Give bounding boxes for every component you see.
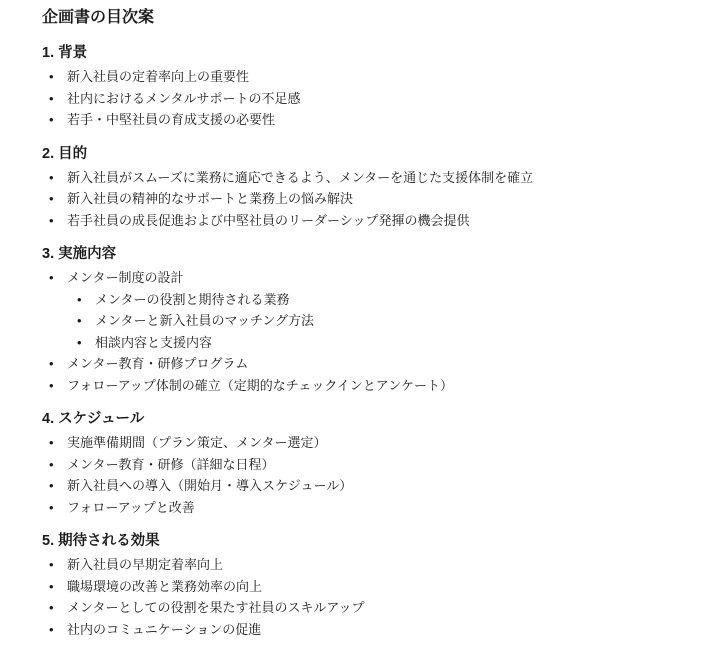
- list-item: フォローアップと改善: [67, 497, 667, 519]
- bullet-list: 新入社員の定着率向上の重要性社内におけるメンタルサポートの不足感若手・中堅社員の…: [42, 66, 667, 131]
- outline-section: 3. 実施内容メンター制度の設計メンターの役割と期待される業務メンターと新入社員…: [42, 243, 667, 396]
- list-item: フォローアップ体制の確立（定期的なチェックインとアンケート）: [67, 375, 667, 397]
- sub-list-item-text: メンターと新入社員のマッチング方法: [95, 313, 314, 328]
- list-item-text: メンター制度の設計: [67, 270, 183, 285]
- outline-section: 4. スケジュール実施準備期間（プラン策定、メンター選定）メンター教育・研修（詳…: [42, 408, 667, 518]
- list-item-text: メンター教育・研修プログラム: [67, 356, 248, 371]
- list-item: メンター教育・研修プログラム: [67, 353, 667, 375]
- list-item-text: 職場環境の改善と業務効率の向上: [67, 579, 262, 594]
- list-item-text: 新入社員の早期定着率向上: [67, 557, 223, 572]
- list-item: 新入社員の早期定着率向上: [67, 554, 667, 576]
- list-item-text: 若手社員の成長促進および中堅社員のリーダーシップ発揮の機会提供: [67, 213, 469, 228]
- bullet-list: 新入社員の早期定着率向上職場環境の改善と業務効率の向上メンターとしての役割を果た…: [42, 554, 667, 640]
- sub-list-item: メンターの役割と期待される業務: [95, 289, 667, 311]
- list-item: 実施準備期間（プラン策定、メンター選定）: [67, 432, 667, 454]
- list-item-text: 新入社員の定着率向上の重要性: [67, 69, 249, 84]
- list-item-text: メンター教育・研修（詳細な日程）: [67, 457, 274, 472]
- sub-list-item-text: メンターの役割と期待される業務: [95, 292, 289, 307]
- list-item: 若手社員の成長促進および中堅社員のリーダーシップ発揮の機会提供: [67, 210, 667, 232]
- section-heading: 3. 実施内容: [42, 243, 667, 265]
- section-heading: 4. スケジュール: [42, 408, 667, 430]
- sub-bullet-list: メンターの役割と期待される業務メンターと新入社員のマッチング方法相談内容と支援内…: [67, 289, 667, 354]
- sub-list-item-text: 相談内容と支援内容: [95, 335, 212, 350]
- list-item: 職場環境の改善と業務効率の向上: [67, 576, 667, 598]
- section-heading: 1. 背景: [42, 42, 667, 64]
- list-item-text: 社内のコミュニケーションの促進: [67, 622, 261, 637]
- list-item: メンターとしての役割を果たす社員のスキルアップ: [67, 597, 667, 619]
- sections-container: 1. 背景新入社員の定着率向上の重要性社内におけるメンタルサポートの不足感若手・…: [42, 42, 667, 640]
- outline-section: 2. 目的新入社員がスムーズに業務に適応できるよう、メンターを通じた支援体制を確…: [42, 143, 667, 232]
- section-heading: 5. 期待される効果: [42, 530, 667, 552]
- outline-section: 5. 期待される効果新入社員の早期定着率向上職場環境の改善と業務効率の向上メンタ…: [42, 530, 667, 640]
- sub-list-item: 相談内容と支援内容: [95, 332, 667, 354]
- list-item: 社内のコミュニケーションの促進: [67, 619, 667, 641]
- list-item: 新入社員の定着率向上の重要性: [67, 66, 667, 88]
- list-item-text: 社内におけるメンタルサポートの不足感: [67, 91, 300, 106]
- section-heading: 2. 目的: [42, 143, 667, 165]
- list-item: 社内におけるメンタルサポートの不足感: [67, 88, 667, 110]
- bullet-list: メンター制度の設計メンターの役割と期待される業務メンターと新入社員のマッチング方…: [42, 267, 667, 396]
- list-item: 新入社員への導入（開始月・導入スケジュール）: [67, 475, 667, 497]
- list-item-text: メンターとしての役割を果たす社員のスキルアップ: [67, 600, 364, 615]
- bullet-list: 新入社員がスムーズに業務に適応できるよう、メンターを通じた支援体制を確立新入社員…: [42, 167, 667, 232]
- bullet-list: 実施準備期間（プラン策定、メンター選定）メンター教育・研修（詳細な日程）新入社員…: [42, 432, 667, 518]
- list-item: メンター制度の設計メンターの役割と期待される業務メンターと新入社員のマッチング方…: [67, 267, 667, 353]
- list-item: 新入社員の精神的なサポートと業務上の悩み解決: [67, 188, 667, 210]
- outline-section: 1. 背景新入社員の定着率向上の重要性社内におけるメンタルサポートの不足感若手・…: [42, 42, 667, 131]
- list-item: 若手・中堅社員の育成支援の必要性: [67, 109, 667, 131]
- document-page: 企画書の目次案 1. 背景新入社員の定着率向上の重要性社内におけるメンタルサポー…: [0, 0, 707, 640]
- list-item-text: 新入社員の精神的なサポートと業務上の悩み解決: [67, 191, 353, 206]
- list-item: 新入社員がスムーズに業務に適応できるよう、メンターを通じた支援体制を確立: [67, 167, 667, 189]
- list-item-text: フォローアップと改善: [67, 500, 195, 515]
- page-title: 企画書の目次案: [42, 6, 667, 30]
- list-item-text: 新入社員への導入（開始月・導入スケジュール）: [67, 478, 352, 493]
- list-item-text: 若手・中堅社員の育成支援の必要性: [67, 112, 275, 127]
- sub-list-item: メンターと新入社員のマッチング方法: [95, 310, 667, 332]
- list-item-text: 新入社員がスムーズに業務に適応できるよう、メンターを通じた支援体制を確立: [67, 170, 533, 185]
- list-item-text: 実施準備期間（プラン策定、メンター選定）: [67, 435, 326, 450]
- list-item-text: フォローアップ体制の確立（定期的なチェックインとアンケート）: [67, 378, 453, 393]
- list-item: メンター教育・研修（詳細な日程）: [67, 454, 667, 476]
